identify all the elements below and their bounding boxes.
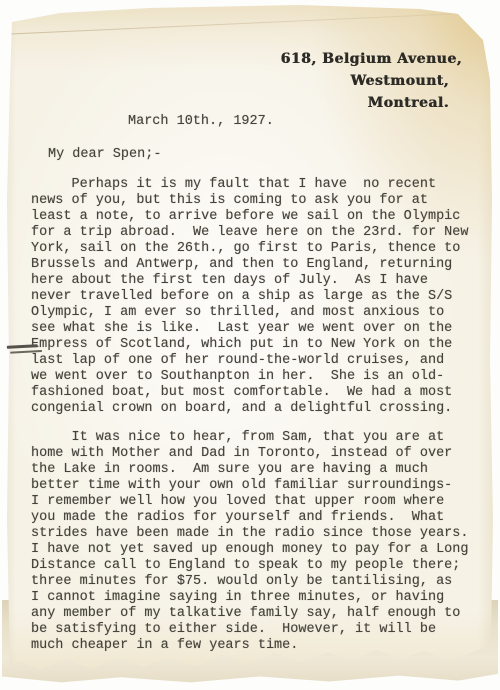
staple-bar-bottom	[10, 350, 42, 354]
letter-date: March 10th., 1927.	[128, 114, 274, 129]
letter-body: Perhaps it is my fault that I have no re…	[31, 177, 493, 667]
staple-mark	[5, 341, 42, 359]
address-line-2: Westmount,	[281, 70, 449, 92]
salutation: My dear Spen;-	[48, 147, 161, 162]
address-line-1: 618, Belgium Avenue,	[281, 48, 462, 70]
paragraph-2: It was nice to hear, from Sam, that you …	[31, 430, 493, 654]
address-line-3: Montreal.	[281, 92, 449, 114]
top-crease	[0, 13, 470, 35]
staple-bar-top	[7, 344, 38, 349]
sender-address-block: 618, Belgium Avenue, Westmount, Montreal…	[281, 48, 462, 114]
paragraph-1: Perhaps it is my fault that I have no re…	[31, 177, 493, 417]
letter-scan-stage: 618, Belgium Avenue, Westmount, Montreal…	[0, 0, 500, 690]
letter-paper: 618, Belgium Avenue, Westmount, Montreal…	[0, 0, 500, 690]
